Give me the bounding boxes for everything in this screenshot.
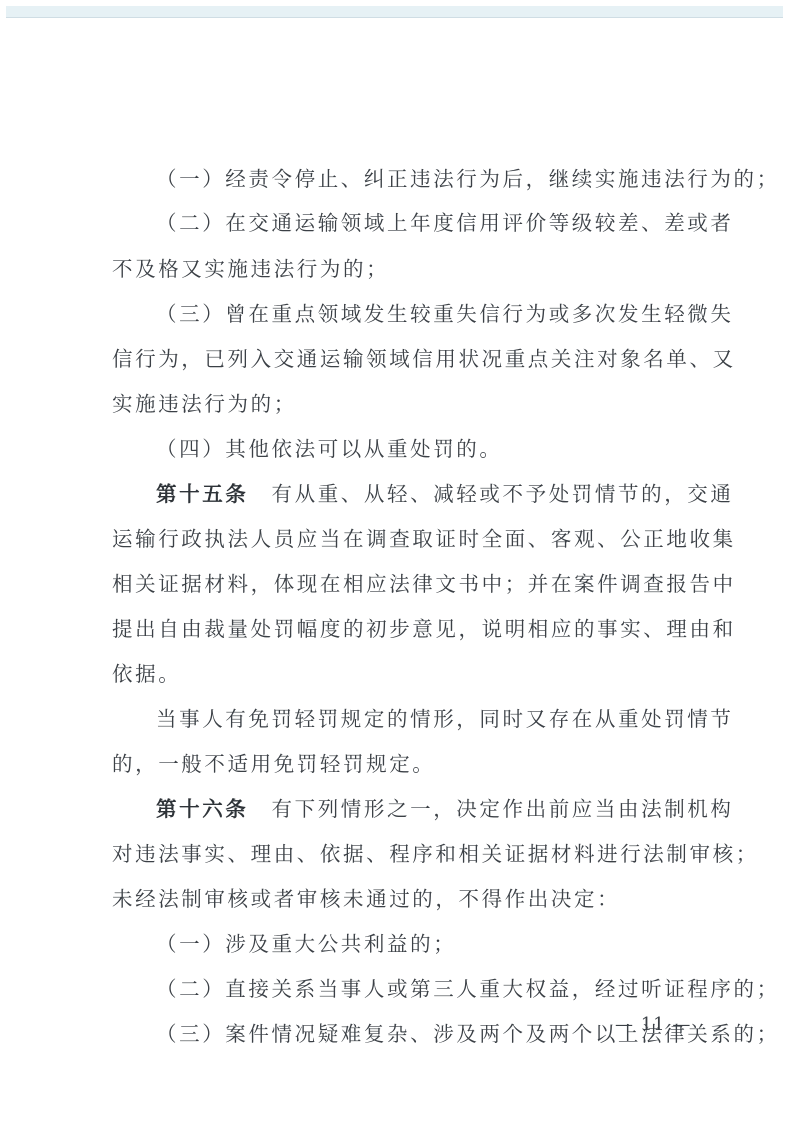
text-line: 提出自由裁量处罚幅度的初步意见，说明相应的事实、理由和: [112, 616, 736, 642]
text-line: 对违法事实、理由、依据、程序和相关证据材料进行法制审核；: [112, 841, 759, 867]
text-line: 依据。: [112, 661, 181, 687]
line-text: 相关证据材料，体现在相应法律文书中；并在案件调查报告中: [112, 572, 736, 596]
text-line: 当事人有免罚轻罚规定的情形，同时又存在从重处罚情节: [156, 706, 734, 732]
line-text: （二）直接关系当事人或第三人重大权益，经过听证程序的；: [156, 977, 780, 1001]
line-text: （一）涉及重大公共利益的；: [156, 932, 456, 956]
text-line: （四）其他依法可以从重处罚的。: [156, 436, 503, 462]
page-number: — 11 —: [615, 1014, 691, 1035]
text-line: （一）经责令停止、纠正违法行为后，继续实施违法行为的；: [156, 166, 780, 192]
text-line: （二）在交通运输领域上年度信用评价等级较差、差或者: [156, 210, 734, 236]
text-line: （一）涉及重大公共利益的；: [156, 931, 456, 957]
line-text: 未经法制审核或者审核未通过的，不得作出决定：: [112, 887, 620, 911]
line-text: （三）曾在重点领域发生较重失信行为或多次发生轻微失: [156, 302, 734, 326]
text-line: 未经法制审核或者审核未通过的，不得作出决定：: [112, 886, 620, 912]
article-number: 第十六条: [156, 797, 248, 821]
line-text: 有下列情形之一，决定作出前应当由法制机构: [248, 797, 733, 821]
text-line: 的，一般不适用免罚轻罚规定。: [112, 751, 435, 777]
text-line: 信行为，已列入交通运输领域信用状况重点关注对象名单、又: [112, 346, 736, 372]
text-line: 相关证据材料，体现在相应法律文书中；并在案件调查报告中: [112, 571, 736, 597]
line-text: 不及格又实施违法行为的；: [112, 257, 389, 281]
line-text: （一）经责令停止、纠正违法行为后，继续实施违法行为的；: [156, 167, 780, 191]
text-line: （二）直接关系当事人或第三人重大权益，经过听证程序的；: [156, 976, 780, 1002]
line-text: 有从重、从轻、减轻或不予处罚情节的，交通: [248, 482, 733, 506]
scan-edge-band: [6, 6, 783, 18]
line-text: 运输行政执法人员应当在调查取证时全面、客观、公正地收集: [112, 527, 736, 551]
line-text: （二）在交通运输领域上年度信用评价等级较差、差或者: [156, 211, 734, 235]
article-heading-line: 第十五条 有从重、从轻、减轻或不予处罚情节的，交通: [156, 481, 734, 507]
text-line: 运输行政执法人员应当在调查取证时全面、客观、公正地收集: [112, 526, 736, 552]
line-text: （四）其他依法可以从重处罚的。: [156, 437, 503, 461]
line-text: 信行为，已列入交通运输领域信用状况重点关注对象名单、又: [112, 347, 736, 371]
line-text: 依据。: [112, 662, 181, 686]
article-number: 第十五条: [156, 482, 248, 506]
article-heading-line: 第十六条 有下列情形之一，决定作出前应当由法制机构: [156, 796, 734, 822]
text-line: 实施违法行为的；: [112, 391, 297, 417]
line-text: 对违法事实、理由、依据、程序和相关证据材料进行法制审核；: [112, 842, 759, 866]
line-text: 提出自由裁量处罚幅度的初步意见，说明相应的事实、理由和: [112, 617, 736, 641]
line-text: 当事人有免罚轻罚规定的情形，同时又存在从重处罚情节: [156, 707, 734, 731]
line-text: 实施违法行为的；: [112, 392, 297, 416]
line-text: 的，一般不适用免罚轻罚规定。: [112, 752, 435, 776]
text-line: 不及格又实施违法行为的；: [112, 256, 389, 282]
text-line: （三）曾在重点领域发生较重失信行为或多次发生轻微失: [156, 301, 734, 327]
